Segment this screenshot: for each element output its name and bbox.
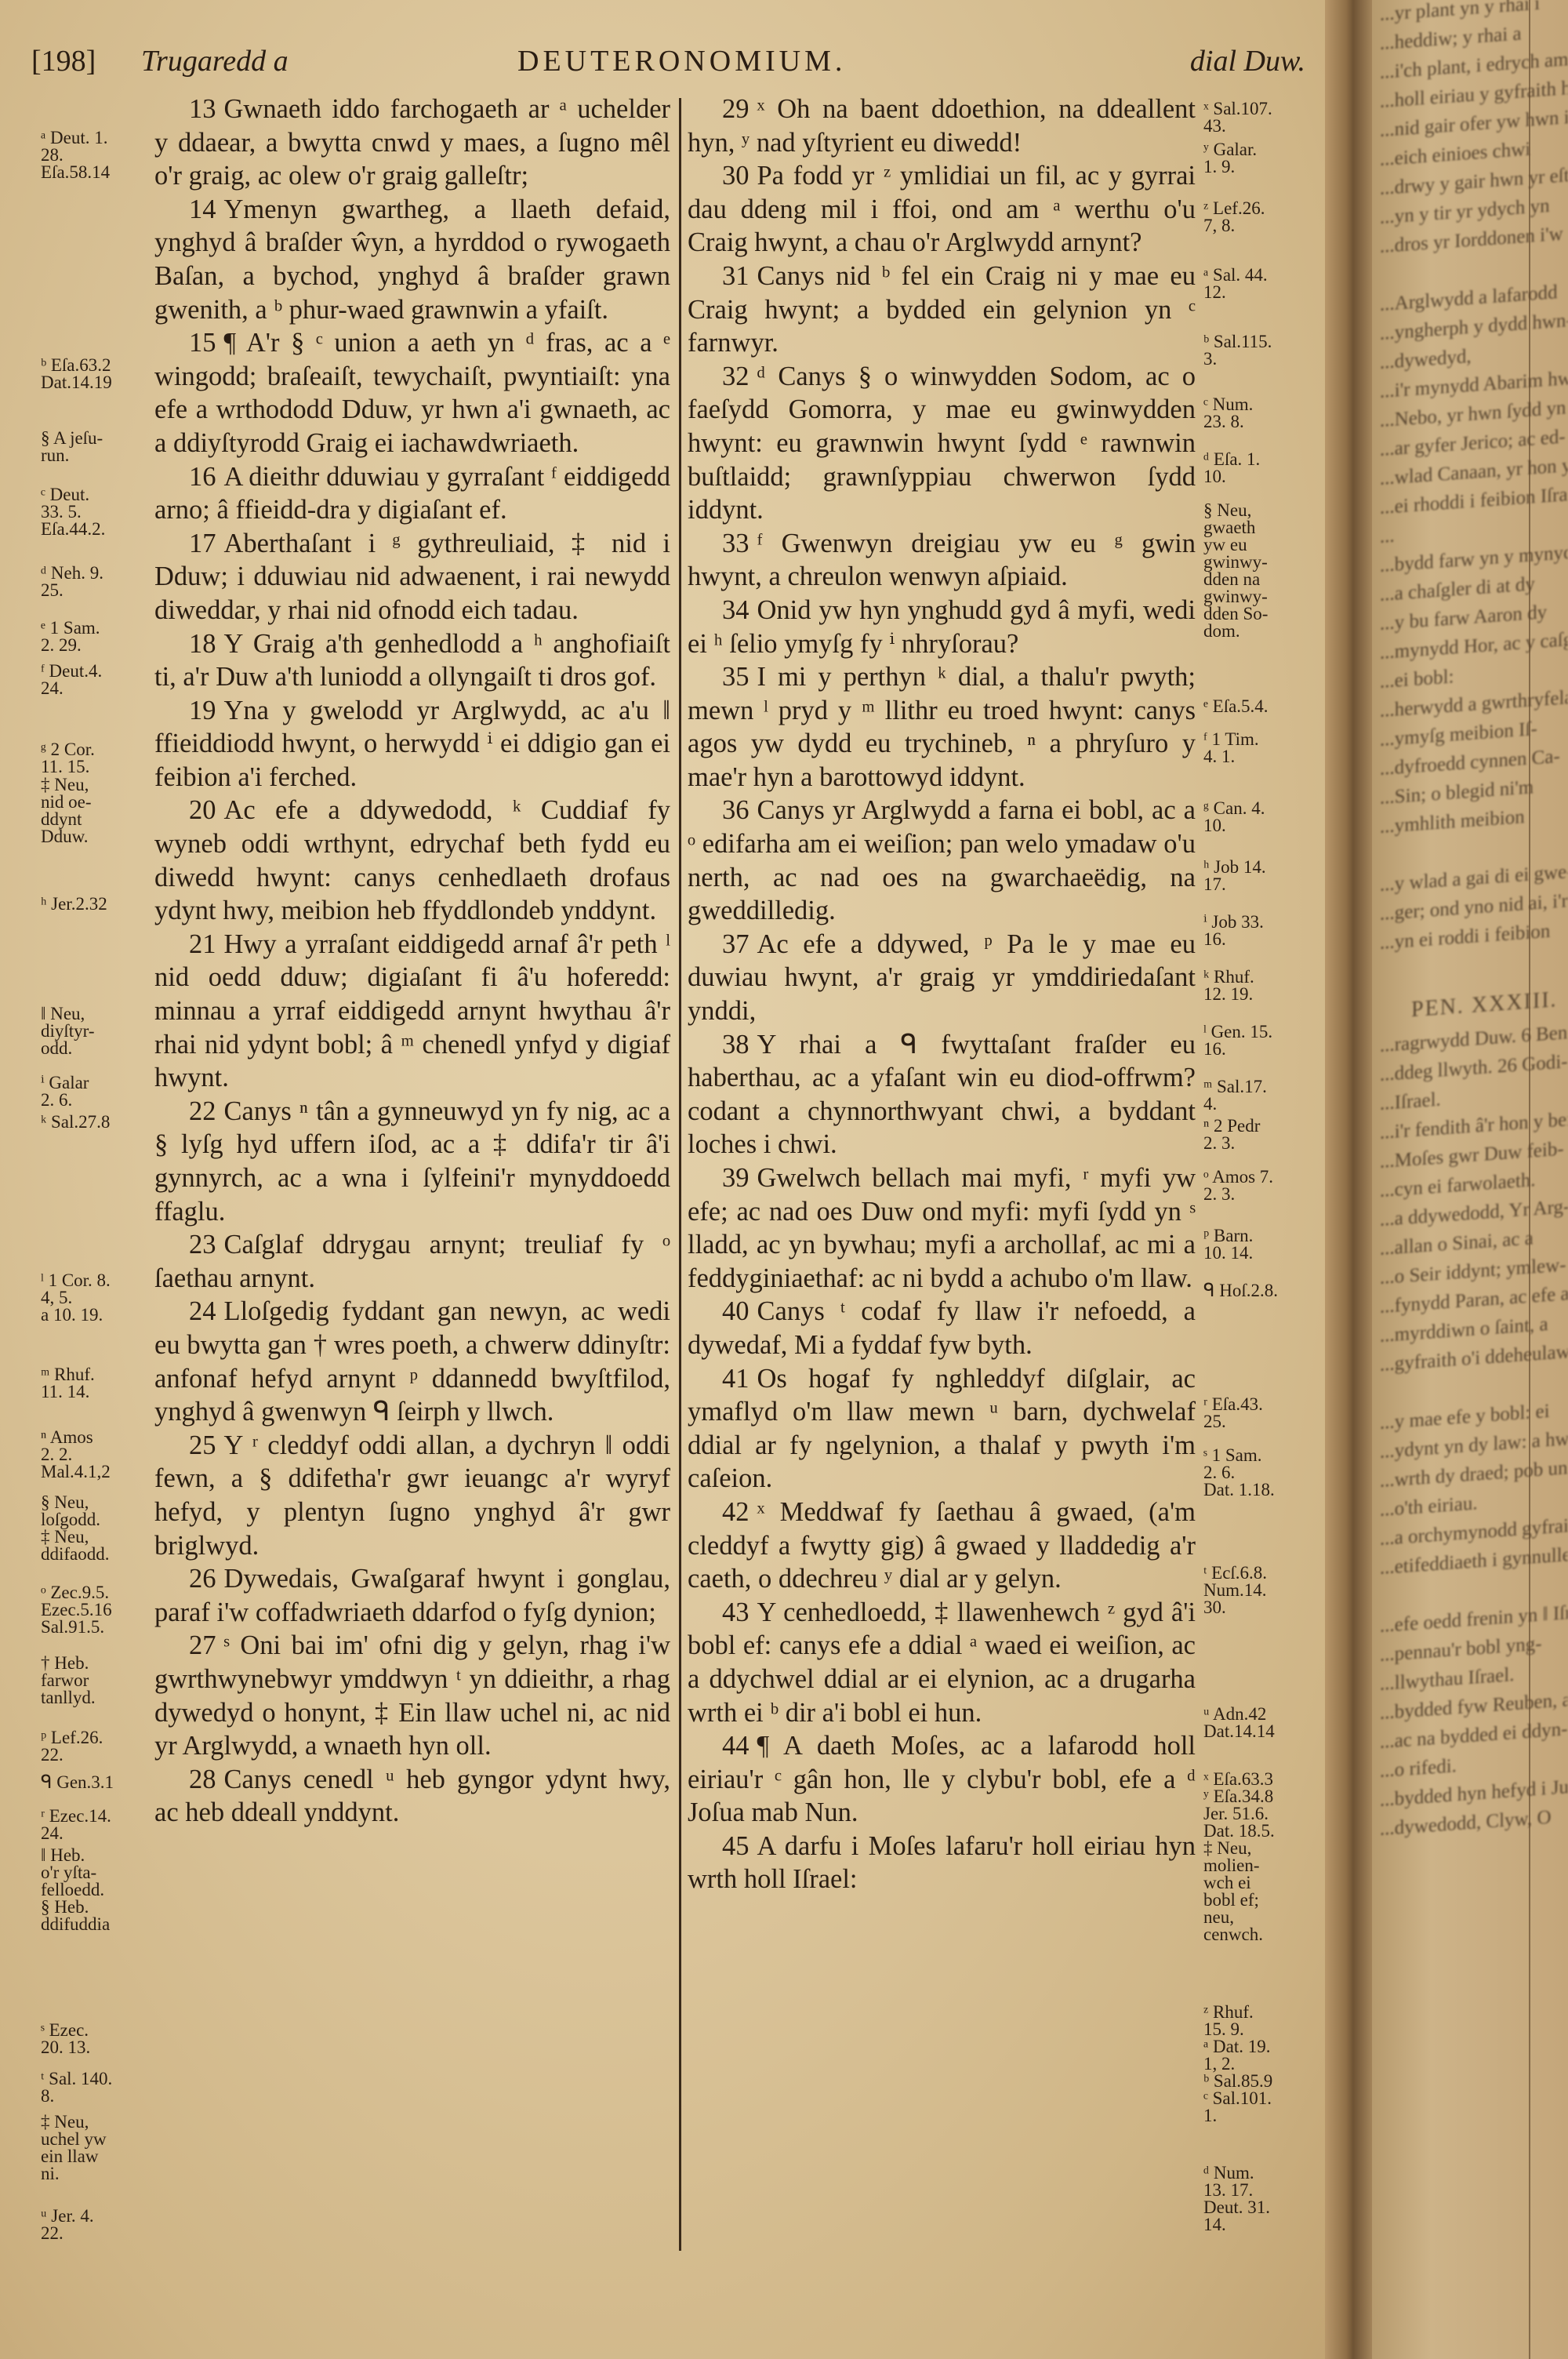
verse-text: ¶ A daeth Moſes, ac a lafarodd holl eiri… [688, 1731, 1196, 1827]
verse-number: 41 [688, 1362, 750, 1396]
verse: 28Canys cenedl ᵘ heb gyngor ydynt hwy, a… [154, 1763, 670, 1830]
verse-text: Gwnaeth iddo farchogaeth ar ᵃ uchelder y… [154, 94, 670, 191]
running-head: [198] Trugaredd a DEUTERONOMIUM. dial Du… [31, 44, 1305, 83]
verse: 19Yna y gwelodd yr Arglwydd, ac a'u ‖ ff… [154, 694, 670, 794]
verse-number: 42 [688, 1496, 750, 1529]
cross-reference-note: ʸ Galar. 1. 9. [1203, 141, 1257, 176]
verse-text: Canys cenedl ᵘ heb gyngor ydynt hwy, ac … [154, 1765, 670, 1828]
cross-reference-note: ᶻ Rhuf. 15. 9. ᵃ Dat. 19. 1, 2. ᵇ Sal.85… [1203, 2004, 1272, 2125]
verse: 22Canys ⁿ tân a gynneuwyd yn fy nig, ac … [154, 1095, 670, 1228]
verse-text: Aberthaſant i ᵍ gythreuliaid, ‡ nid i Dd… [154, 529, 670, 625]
verse: 14Ymenyn gwartheg, a llaeth defaid, yngh… [154, 193, 670, 326]
facing-page: ...yr plant yn y rhai i...heddiw; y rhai… [1372, 0, 1568, 2359]
cross-reference-note: ‖ Heb. o'r yſta- felloedd. § Heb. ddifud… [41, 1847, 110, 1933]
verse-number: 28 [154, 1763, 216, 1797]
verse-number: 35 [688, 660, 750, 694]
cross-reference-note: ᵘ Adn.42 Dat.14.14 [1203, 1706, 1275, 1740]
cross-reference-note: ᵍ Can. 4. 10. [1203, 800, 1265, 834]
verse-text: Pa fodd yr ᶻ ymlidiai un fil, ac y gyrra… [688, 161, 1196, 257]
verse-text: Canys yr Arglwydd a farna ei bobl, ac a … [688, 795, 1196, 925]
verse: 33ᶠ Gwenwyn dreigiau yw eu ᵍ gwin hwynt,… [688, 527, 1196, 594]
verse-text: ˣ Oh na baent ddoethion, na ddeallent hy… [688, 94, 1196, 158]
cross-reference-note: ⁿ Amos 2. 2. Mal.4.1,2 [41, 1429, 111, 1481]
cross-reference-note: ‖ Neu, diyſtyr- odd. [41, 1005, 95, 1057]
verse-number: 16 [154, 460, 216, 494]
left-text-column: 13Gwnaeth iddo farchogaeth ar ᵃ uchelder… [154, 93, 670, 1830]
verse-text: Y rhai a ᑫ fwyttaſant fraſder eu haberth… [688, 1030, 1196, 1160]
cross-reference-note: ʳ Eſa.43. 25. [1203, 1396, 1263, 1430]
facing-chapter-heading: PEN. XXXIII. [1411, 984, 1568, 1024]
verse: 26Dywedais, Gwaſgaraf hwynt i gonglau, p… [154, 1562, 670, 1629]
cross-reference-note: ᵏ Rhuf. 12. 19. [1203, 969, 1254, 1003]
verse-text: Dywedais, Gwaſgaraf hwynt i gonglau, par… [154, 1564, 670, 1627]
verse-number: 31 [688, 260, 750, 293]
verse-number: 27 [154, 1629, 216, 1663]
cross-reference-note: ᵉ 1 Sam. 2. 29. [41, 620, 100, 654]
verse: 42ˣ Meddwaf fy ſaethau â gwaed, (a'm cle… [688, 1496, 1196, 1596]
cross-reference-note: ᶠ 1 Tim. 4. 1. [1203, 731, 1259, 765]
verse: 31Canys nid ᵇ fel ein Craig ni y mae eu … [688, 260, 1196, 360]
verse-number: 17 [154, 527, 216, 561]
cross-reference-note: ᵐ Sal.17. 4. [1203, 1078, 1267, 1113]
cross-reference-note: ᵃ Deut. 1. 28. Eſa.58.14 [41, 129, 110, 181]
column-divider [679, 98, 681, 2251]
cross-reference-note: ᶻ Lef.26. 7, 8. [1203, 200, 1265, 234]
verse-number: 34 [688, 594, 750, 627]
cross-reference-note: ˡ Gen. 15. 16. [1203, 1023, 1272, 1058]
cross-reference-note: ᵖ Lef.26. 22. [41, 1729, 103, 1764]
cross-reference-note: ‡ Neu, uchel yw ein llaw ni. [41, 2114, 107, 2183]
verse-number: 32 [688, 360, 750, 394]
verse-text: Canys nid ᵇ fel ein Craig ni y mae eu Cr… [688, 261, 1196, 358]
cross-reference-note: ᵉ Eſa.5.4. [1203, 698, 1269, 715]
verse-number: 15 [154, 326, 216, 360]
cross-reference-note: ʳ Ezec.14. 24. [41, 1808, 111, 1842]
page-number: [198] [31, 44, 96, 78]
verse-number: 40 [688, 1295, 750, 1329]
verse-number: 19 [154, 694, 216, 728]
verse-text: Os hogaf fy nghleddyf diſglair, ac ymafl… [688, 1364, 1196, 1494]
verse: 37Ac efe a ddywed, ᵖ Pa le y mae eu duwi… [688, 928, 1196, 1028]
verse: 41Os hogaf fy nghleddyf diſglair, ac yma… [688, 1362, 1196, 1496]
verse: 32ᵈ Canys § o winwydden Sodom, ac o faeſ… [688, 360, 1196, 527]
verse-number: 33 [688, 527, 750, 561]
verse: 24Lloſgedig fyddant gan newyn, ac wedi e… [154, 1295, 670, 1428]
cross-reference-note: ⁿ 2 Pedr 2. 3. [1203, 1118, 1260, 1152]
cross-reference-note: ᵖ Barn. 10. 14. [1203, 1227, 1253, 1262]
verse-number: 37 [688, 928, 750, 961]
verse-text: Gwelwch bellach mai myfi, ʳ myfi yw efe;… [688, 1163, 1196, 1293]
verse-number: 14 [154, 193, 216, 227]
verse-text: Ac efe a ddywedodd, ᵏ Cuddiaf fy wyneb o… [154, 795, 670, 925]
cross-reference-note: ᵈ Eſa. 1. 10. [1203, 451, 1260, 485]
book-gutter [1325, 0, 1372, 2359]
cross-reference-note: ᵈ Neh. 9. 25. [41, 565, 103, 599]
cross-reference-note: ᵒ Zec.9.5. Ezec.5.16 Sal.91.5. [41, 1584, 112, 1636]
verse: 35I mi y perthyn ᵏ dial, a thalu'r pwyth… [688, 660, 1196, 794]
verse-number: 30 [688, 159, 750, 193]
cross-reference-note: ᵈ Num. 13. 17. Deut. 31. 14. [1203, 2165, 1270, 2234]
cross-reference-note: ˣ Sal.107. 43. [1203, 100, 1272, 135]
catchword-left: Trugaredd a [141, 44, 289, 78]
verse-text: ¶ A'r § ᶜ union a aeth yn ᵈ fras, ac a ᵉ… [154, 328, 670, 458]
cross-reference-note: ˢ 1 Sam. 2. 6. Dat. 1.18. [1203, 1447, 1275, 1499]
verse-text: Ymenyn gwartheg, a llaeth defaid, ynghyd… [154, 194, 670, 325]
verse-number: 39 [688, 1161, 750, 1195]
cross-reference-note: ‡ Neu, nid oe- ddynt Dduw. [41, 776, 92, 845]
catchword-right: dial Duw. [1190, 44, 1305, 78]
verse-text: ᶠ Gwenwyn dreigiau yw eu ᵍ gwin hwynt, a… [688, 529, 1196, 592]
cross-reference-note: ᵏ Sal.27.8 [41, 1114, 110, 1131]
book-title: DEUTERONOMIUM. [517, 44, 846, 78]
verse: 44¶ A daeth Moſes, ac a lafarodd holl ei… [688, 1729, 1196, 1830]
cross-reference-note: ᵇ Sal.115. 3. [1203, 333, 1272, 368]
cross-reference-note: ˢ Ezec. 20. 13. [41, 2022, 90, 2056]
verse: 17Aberthaſant i ᵍ gythreuliaid, ‡ nid i … [154, 527, 670, 627]
cross-reference-note: ʰ Job 14. 17. [1203, 859, 1266, 893]
book-page: [198] Trugaredd a DEUTERONOMIUM. dial Du… [0, 0, 1325, 2359]
cross-reference-note: ᑫ Gen.3.1 [41, 1774, 114, 1791]
verse-text: Ac efe a ddywed, ᵖ Pa le y mae eu duwiau… [688, 929, 1196, 1026]
verse: 38Y rhai a ᑫ fwyttaſant fraſder eu haber… [688, 1028, 1196, 1161]
verse-number: 36 [688, 794, 750, 827]
cross-reference-note: § Neu, gwaeth yw eu gwinwy- dden na gwin… [1203, 502, 1268, 640]
cross-reference-note: ⁱ Galar 2. 6. [41, 1074, 89, 1109]
verse-number: 24 [154, 1295, 216, 1329]
verse-number: 21 [154, 928, 216, 961]
verse-number: 29 [688, 93, 750, 126]
cross-reference-note: ᶠ Deut.4. 24. [41, 663, 102, 697]
verse-text: Y cenhedloedd, ‡ llawenhewch ᶻ gyd â'i b… [688, 1598, 1196, 1728]
verse: 25Y ʳ cleddyf oddi allan, a dychryn ‖ od… [154, 1429, 670, 1562]
verse-text: Caſglaf ddrygau arnynt; treuliaf fy ᵒ ſa… [154, 1230, 670, 1293]
verse-number: 20 [154, 794, 216, 827]
verse-text: Canys ⁿ tân a gynneuwyd yn fy nig, ac a … [154, 1096, 670, 1227]
verse-number: 18 [154, 627, 216, 661]
verse-text: A dieithr dduwiau y gyrraſant ᶠ eiddiged… [154, 462, 670, 525]
cross-reference-note: ᵃ Sal. 44. 12. [1203, 267, 1268, 301]
verse-number: 38 [688, 1028, 750, 1062]
verse: 27ˢ Oni bai im' ofni dig y gelyn, rhag i… [154, 1629, 670, 1762]
verse-text: Y ʳ cleddyf oddi allan, a dychryn ‖ oddi… [154, 1430, 670, 1561]
facing-column-divider [1529, 0, 1530, 2359]
verse: 20Ac efe a ddywedodd, ᵏ Cuddiaf fy wyneb… [154, 794, 670, 927]
verse: 15¶ A'r § ᶜ union a aeth yn ᵈ fras, ac a… [154, 326, 670, 460]
verse-number: 44 [688, 1729, 750, 1763]
verse: 29ˣ Oh na baent ddoethion, na ddeallent … [688, 93, 1196, 159]
verse: 34Onid yw hyn ynghudd gyd â myfi, wedi e… [688, 594, 1196, 660]
verse-text: Onid yw hyn ynghudd gyd â myfi, wedi ei … [688, 595, 1196, 659]
cross-reference-note: ᵇ Eſa.63.2 Dat.14.19 [41, 357, 112, 391]
verse: 13Gwnaeth iddo farchogaeth ar ᵃ uchelder… [154, 93, 670, 193]
cross-reference-note: ᵗ Ecſ.6.8. Num.14. 30. [1203, 1565, 1267, 1616]
cross-reference-note: ᶜ Deut. 33. 5. Eſa.44.2. [41, 486, 105, 538]
cross-reference-note: ᵐ Rhuf. 11. 14. [41, 1366, 95, 1401]
cross-reference-note: † Heb. farwor tanllyd. [41, 1655, 96, 1707]
verse-number: 13 [154, 93, 216, 126]
verse-number: 25 [154, 1429, 216, 1463]
right-text-column: 29ˣ Oh na baent ddoethion, na ddeallent … [688, 93, 1196, 1896]
verse: 30Pa fodd yr ᶻ ymlidiai un fil, ac y gyr… [688, 159, 1196, 260]
verse: 45A darfu i Moſes lafaru'r holl eiriau h… [688, 1830, 1196, 1896]
cross-reference-note: § A jeſu- run. [41, 430, 103, 464]
verse: 43Y cenhedloedd, ‡ llawenhewch ᶻ gyd â'i… [688, 1596, 1196, 1729]
verse-text: Y Graig a'th genhedlodd a ʰ anghofiaiſt … [154, 629, 670, 692]
cross-reference-note: § Neu, loſgodd. ‡ Neu, ddifaodd. [41, 1494, 110, 1563]
verse-text: Canys ᵗ codaf fy llaw i'r nefoedd, a dyw… [688, 1296, 1196, 1360]
verse: 16A dieithr dduwiau y gyrraſant ᶠ eiddig… [154, 460, 670, 527]
verse-text: ᵈ Canys § o winwydden Sodom, ac o faeſyd… [688, 362, 1196, 525]
cross-reference-note: ᑫ Hoſ.2.8. [1203, 1282, 1278, 1299]
cross-reference-note: ʰ Jer.2.32 [41, 896, 107, 913]
verse-number: 45 [688, 1830, 750, 1863]
verse: 40Canys ᵗ codaf fy llaw i'r nefoedd, a d… [688, 1295, 1196, 1361]
cross-reference-note: ᵘ Jer. 4. 22. [41, 2208, 94, 2242]
cross-reference-note: ˡ 1 Cor. 8. 4, 5. a 10. 19. [41, 1272, 111, 1324]
cross-reference-note: ⁱ Job 33. 16. [1203, 914, 1264, 948]
verse: 21Hwy a yrraſant eiddigedd arnaf â'r pet… [154, 928, 670, 1095]
cross-reference-note: ᵗ Sal. 140. 8. [41, 2070, 112, 2105]
verse-text: Hwy a yrraſant eiddigedd arnaf â'r peth … [154, 929, 670, 1092]
cross-reference-note: ᶜ Num. 23. 8. [1203, 396, 1253, 431]
verse-text: Lloſgedig fyddant gan newyn, ac wedi eu … [154, 1296, 670, 1427]
cross-reference-note: ᵍ 2 Cor. 11. 15. [41, 741, 95, 776]
verse: 36Canys yr Arglwydd a farna ei bobl, ac … [688, 794, 1196, 927]
verse: 23Caſglaf ddrygau arnynt; treuliaf fy ᵒ … [154, 1228, 670, 1295]
verse-text: A darfu i Moſes lafaru'r holl eiriau hyn… [688, 1831, 1196, 1895]
verse-number: 22 [154, 1095, 216, 1129]
verse-text: ˣ Meddwaf fy ſaethau â gwaed, (a'm cledd… [688, 1497, 1196, 1594]
verse: 39Gwelwch bellach mai myfi, ʳ myfi yw ef… [688, 1161, 1196, 1295]
verse-number: 43 [688, 1596, 750, 1630]
cross-reference-note: ˣ Eſa.63.3 ʸ Eſa.34.8 Jer. 51.6. Dat. 18… [1203, 1771, 1275, 1943]
cross-reference-note: ᵒ Amos 7. 2. 3. [1203, 1169, 1273, 1203]
verse-text: ˢ Oni bai im' ofni dig y gelyn, rhag i'w… [154, 1630, 670, 1761]
verse: 18Y Graig a'th genhedlodd a ʰ anghofiaiſ… [154, 627, 670, 694]
verse-number: 23 [154, 1228, 216, 1262]
verse-text: I mi y perthyn ᵏ dial, a thalu'r pwyth; … [688, 662, 1196, 792]
facing-page-text: ...yr plant yn y rhai i...heddiw; y rhai… [1380, 0, 1568, 1844]
verse-number: 26 [154, 1562, 216, 1596]
verse-text: Yna y gwelodd yr Arglwydd, ac a'u ‖ ffie… [154, 696, 670, 792]
